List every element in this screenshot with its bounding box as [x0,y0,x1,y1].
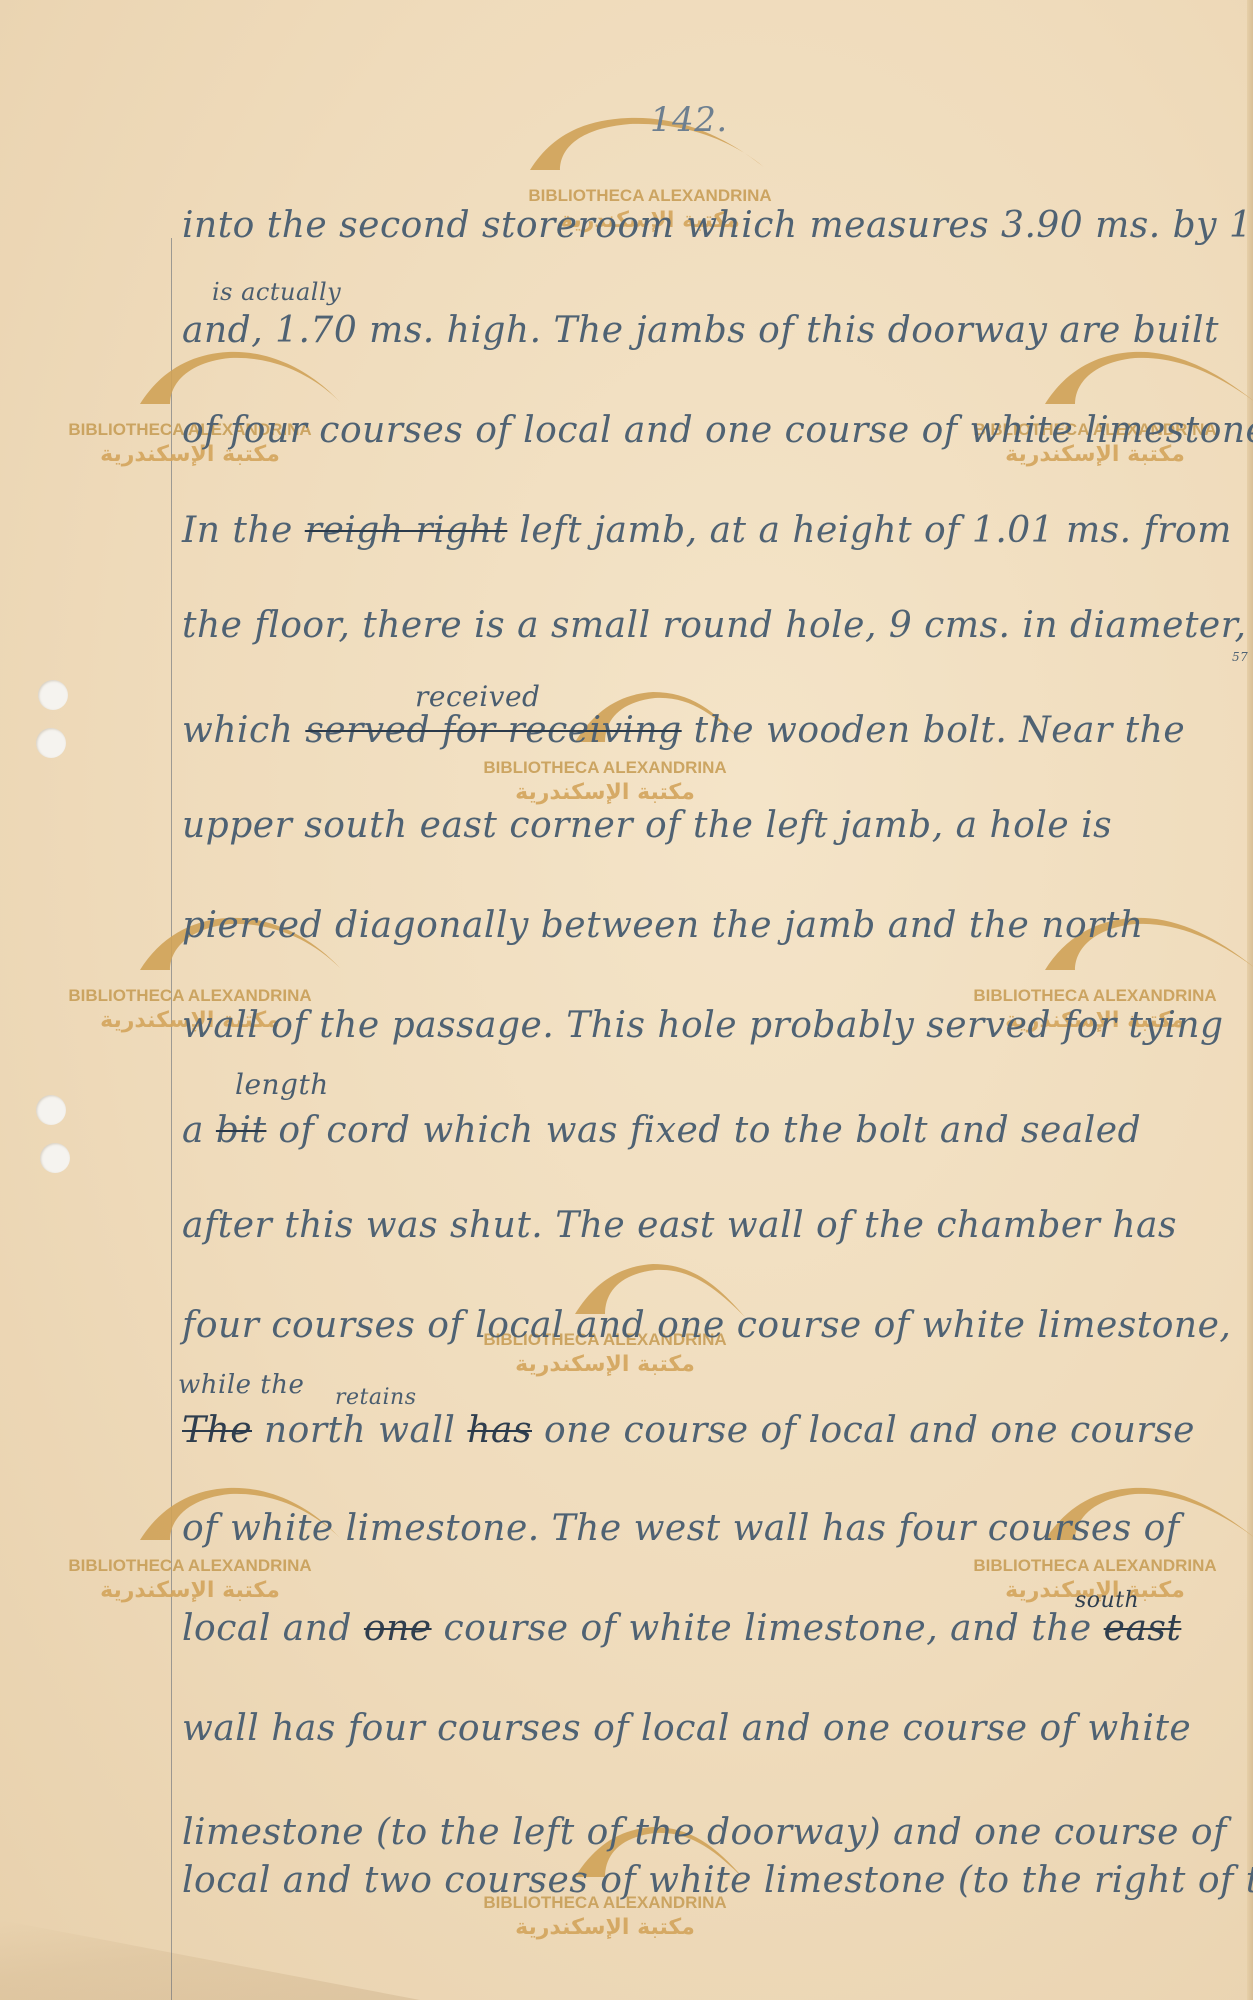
punch-hole-icon [36,1095,66,1125]
punch-hole-icon [40,1143,70,1173]
struck-text: served for receiving [305,710,681,751]
text-line: which served for receiving the wooden bo… [182,710,1185,751]
struck-text: one [364,1608,432,1649]
watermark-english: BIBLIOTHECA ALEXANDRINA [40,986,340,1006]
corner-fold-shadow [0,1920,420,2000]
text-line: of white limestone. The west wall has fo… [182,1508,1180,1549]
punch-hole-icon [38,680,68,710]
text-line: The north wall has one course of local a… [182,1410,1195,1451]
interlinear-insertion: retains [335,1385,417,1410]
watermark-english: BIBLIOTHECA ALEXANDRINA [945,1556,1245,1576]
text-segment: left jamb, at a height of 1.01 ms. from [507,510,1232,551]
text-segment: a [182,1110,216,1151]
text-segment: the wooden bolt. Near the [682,710,1185,751]
struck-text: The [182,1410,252,1451]
struck-text: reigh right [305,510,508,551]
punch-hole-icon [36,728,66,758]
watermark-arabic: مكتبة الإسكندرية [455,1352,755,1377]
text-line: the floor, there is a small round hole, … [182,605,1246,646]
interlinear-insertion: while the [178,1370,304,1400]
page-edge [1247,0,1253,2000]
margin-rule [171,238,172,2000]
page-number: 142. [650,100,728,140]
text-line: wall of the passage. This hole probably … [182,1005,1224,1046]
text-line: pierced diagonally between the jamb and … [182,905,1144,946]
text-line: wall has four courses of local and one c… [182,1708,1191,1749]
interlinear-insertion: is actually [212,278,341,306]
text-segment: which [182,710,305,751]
text-segment: local and [182,1608,364,1649]
watermark-english: BIBLIOTHECA ALEXANDRINA [945,986,1245,1006]
text-segment: course of white limestone, and the [432,1608,1104,1649]
watermark-english: BIBLIOTHECA ALEXANDRINA [500,186,800,206]
text-line: after this was shut. The east wall of th… [182,1205,1177,1246]
text-segment: north wall [252,1410,467,1451]
watermark-arabic: مكتبة الإسكندرية [455,780,755,805]
manuscript-page: BIBLIOTHECA ALEXANDRINA مكتبة الإسكندرية… [0,0,1253,2000]
watermark-english: BIBLIOTHECA ALEXANDRINA [455,758,755,778]
text-line: into the second storeroom which measures… [182,205,1253,246]
watermark-arabic: مكتبة الإسكندرية [40,1578,340,1603]
text-line: of four courses of local and one course … [182,410,1253,451]
text-line: and, 1.70 ms. high. The jambs of this do… [182,310,1219,351]
interlinear-insertion: received [415,680,540,713]
text-segment: of cord which was fixed to the bolt and … [266,1110,1141,1151]
text-segment: In the [182,510,305,551]
text-line: four courses of local and one course of … [182,1305,1231,1346]
text-segment: one course of local and one course [532,1410,1195,1451]
text-line: In the reigh right left jamb, at a heigh… [182,510,1232,551]
text-line: local and one course of white limestone,… [182,1608,1181,1649]
text-line: local and two courses of white limestone… [182,1860,1253,1901]
margin-note: 57 [1232,650,1248,664]
text-line: upper south east corner of the left jamb… [182,805,1112,846]
struck-text: bit [216,1110,267,1151]
interlinear-insertion: length [235,1068,329,1101]
struck-text: east [1104,1608,1182,1649]
text-line: limestone (to the left of the doorway) a… [182,1812,1227,1853]
text-line: a bit of cord which was fixed to the bol… [182,1110,1141,1151]
watermark-arabic: مكتبة الإسكندرية [455,1915,755,1940]
watermark-english: BIBLIOTHECA ALEXANDRINA [40,1556,340,1576]
struck-text: has [467,1410,532,1451]
